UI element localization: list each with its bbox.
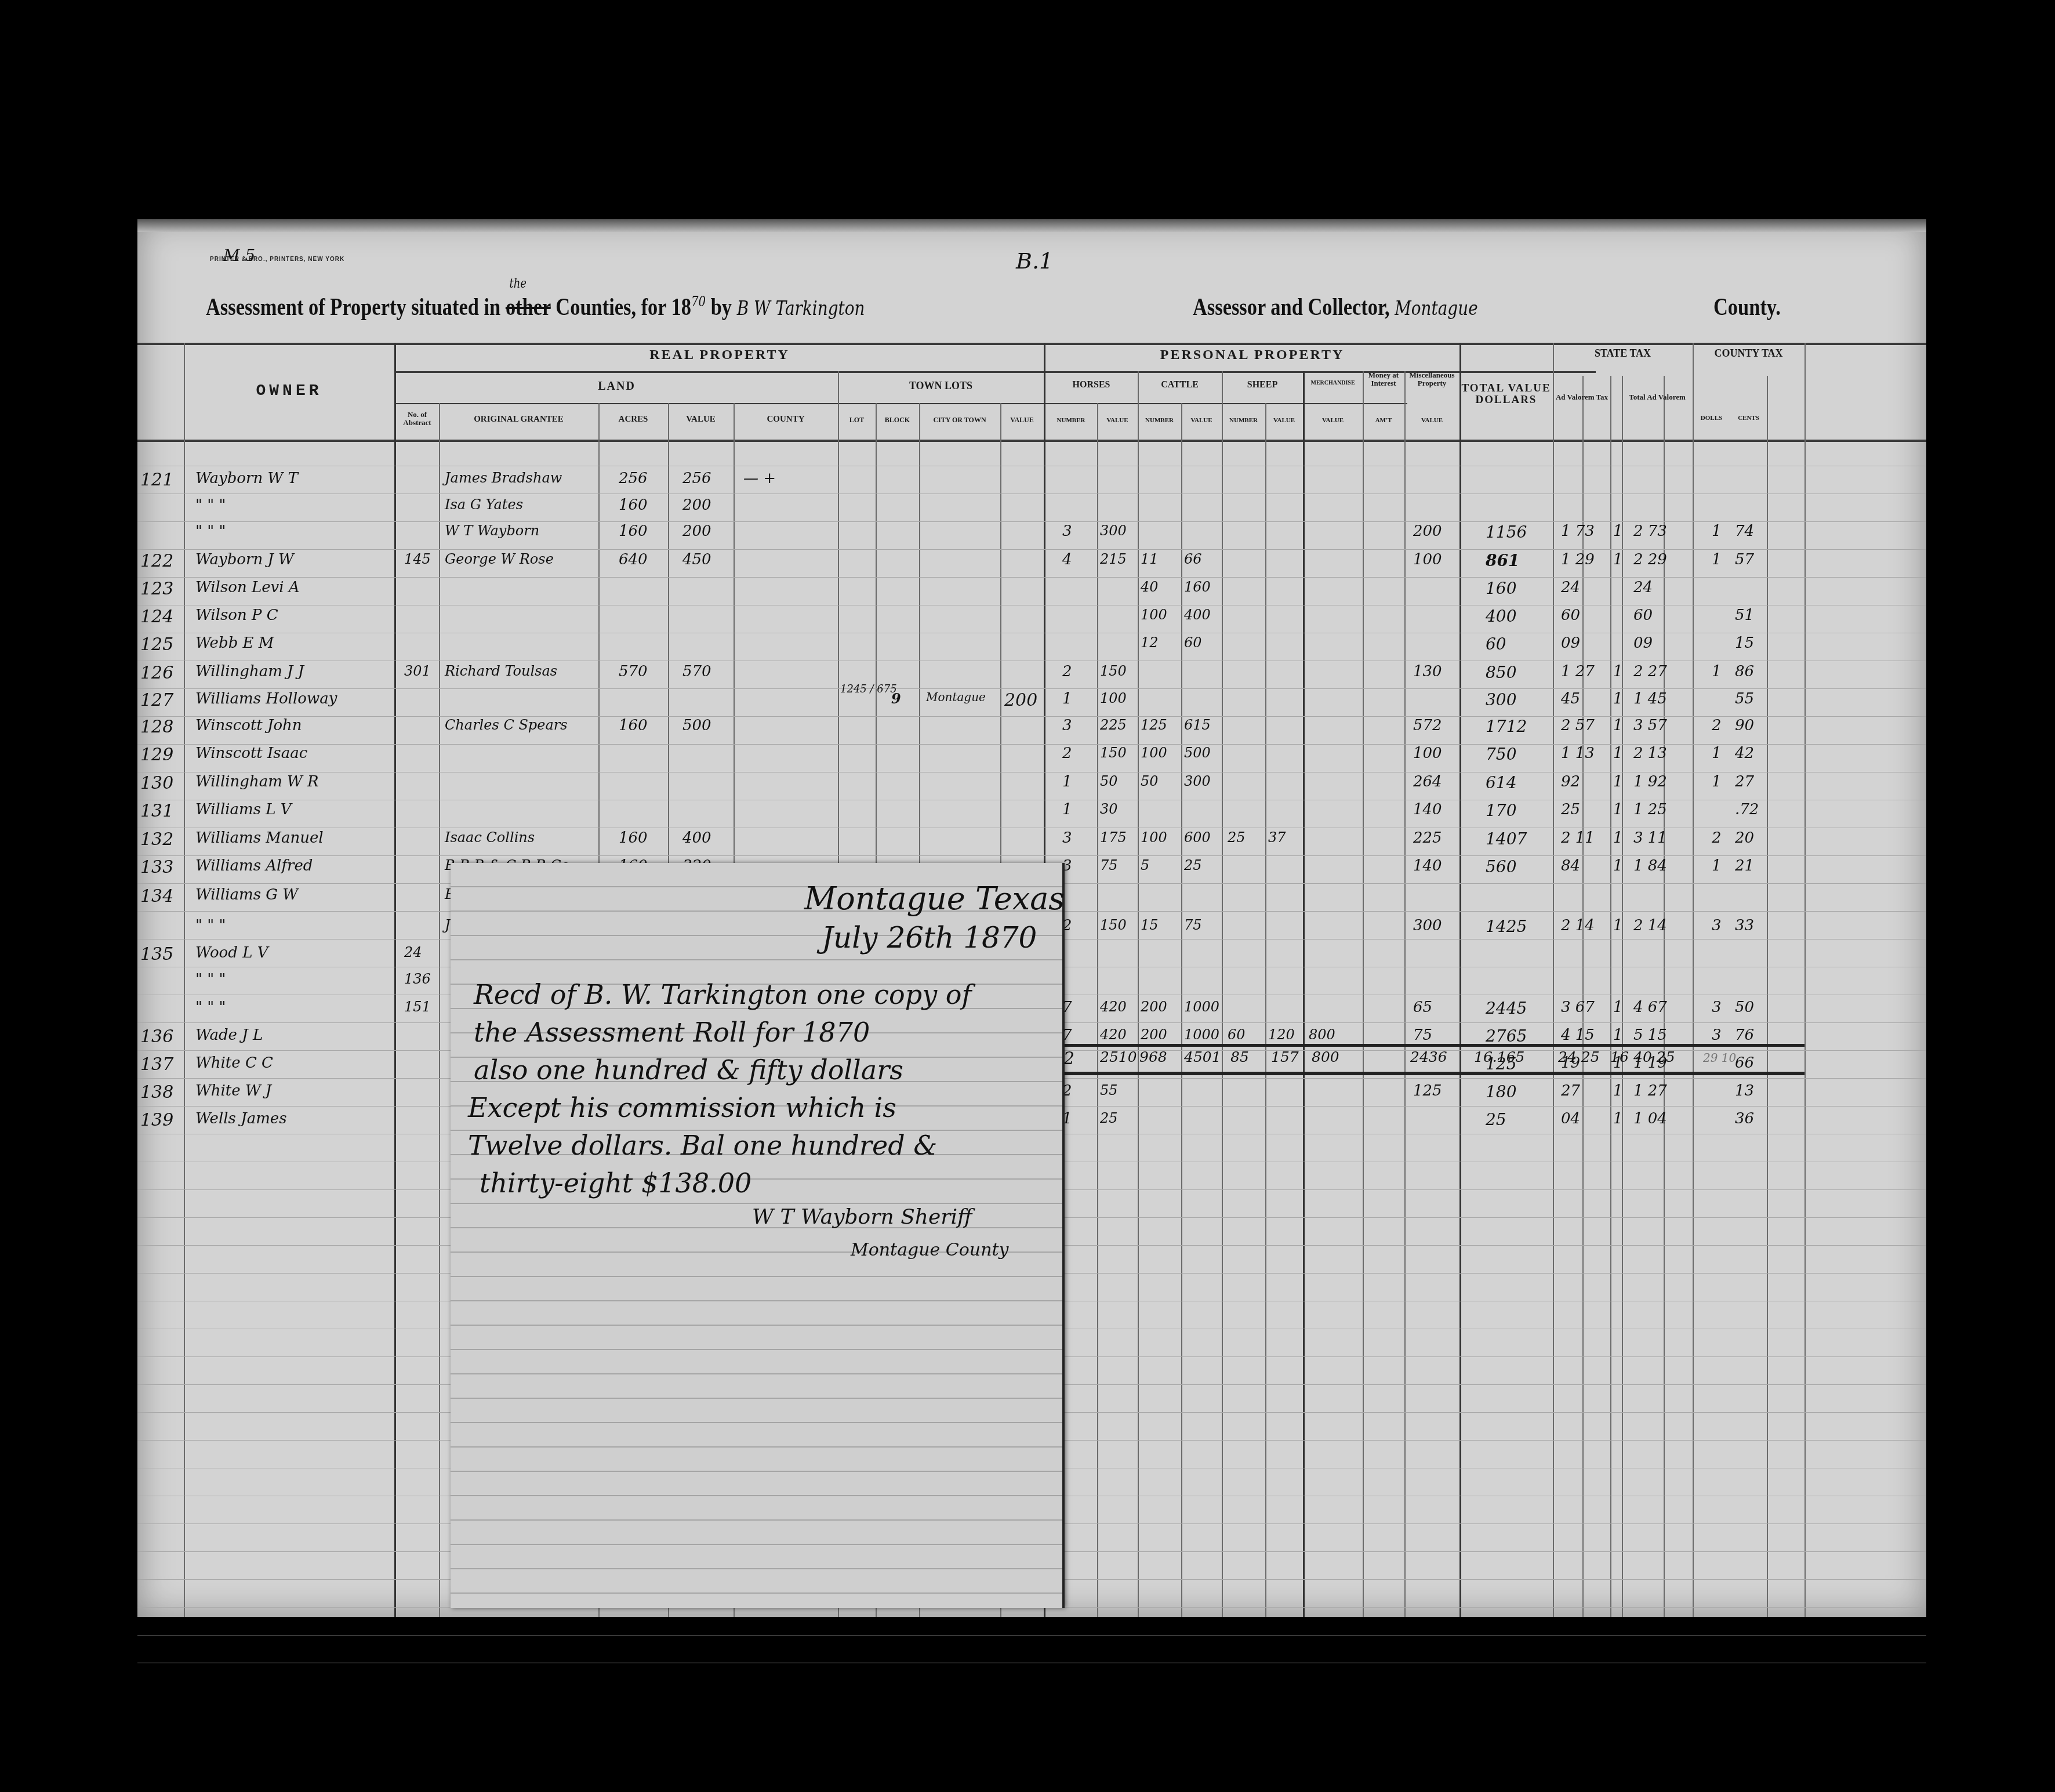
cell-total: 60 xyxy=(1486,634,1506,654)
receipt-signature-county: Montague County xyxy=(851,1240,1009,1260)
cell-value: 200 xyxy=(682,523,711,540)
cell-value: 570 xyxy=(682,663,711,680)
row-rule xyxy=(137,577,1926,578)
cell-c-val: 600 xyxy=(1184,829,1211,846)
cell-adv: 1 27 xyxy=(1561,663,1595,680)
cell-owner: " " " xyxy=(195,999,226,1016)
cell-adv: 1 29 xyxy=(1561,551,1595,568)
row-rule xyxy=(137,800,1926,800)
cell-lot: 1245 / 675 xyxy=(840,683,897,695)
cell-total: 1425 xyxy=(1486,917,1527,936)
cell-h-num: 3 xyxy=(1062,829,1072,847)
cell-cty-d: 1 xyxy=(1712,663,1722,680)
assessor-title: Assessor and Collector, Montague xyxy=(1193,293,1478,321)
cell-value: 200 xyxy=(682,496,711,514)
cell-h-val: 150 xyxy=(1100,917,1127,933)
cell-total: 750 xyxy=(1486,745,1516,764)
cell-grantee: Charles C Spears xyxy=(445,717,568,733)
assessor-name: B W Tarkington xyxy=(737,297,865,320)
corner-mark: M 5 xyxy=(223,246,255,265)
header-no-abstract: No. of Abstract xyxy=(395,411,439,426)
cell-grantee: Isaac Collins xyxy=(445,829,535,846)
cell-merch: 800 xyxy=(1309,1026,1335,1043)
cell-no: 136 xyxy=(140,1026,173,1047)
cell-adv: 24 xyxy=(1561,579,1580,596)
cell-c-val: 300 xyxy=(1184,773,1211,789)
header-county: COUNTY xyxy=(734,415,838,425)
header-lot: LOT xyxy=(838,416,876,424)
cell-total: 1712 xyxy=(1486,717,1527,736)
cell-adv: 45 xyxy=(1561,690,1580,708)
title-struck-word: other xyxy=(506,294,551,321)
row-rule xyxy=(137,772,1926,772)
cell-owner: Willingham J J xyxy=(195,663,304,680)
col-line xyxy=(1138,371,1139,1617)
cell-total: 25 xyxy=(1486,1110,1506,1129)
cell-h-val: 50 xyxy=(1100,773,1118,789)
cell-cty-c: 76 xyxy=(1735,1026,1754,1044)
total-horses-value: 2510 xyxy=(1100,1049,1137,1065)
cell-cty-d: 3 xyxy=(1712,917,1722,934)
col-line xyxy=(1265,403,1266,1617)
cell-h-val: 225 xyxy=(1100,717,1127,733)
cell-h-val: 150 xyxy=(1100,663,1127,679)
cell-poll: 1 xyxy=(1613,745,1623,762)
cell-tot-adv: 1 45 xyxy=(1633,690,1667,708)
cell-c-val: 160 xyxy=(1184,579,1211,595)
cell-c-num: 100 xyxy=(1141,607,1167,623)
cell-h-val: 30 xyxy=(1100,801,1118,817)
cell-value: 500 xyxy=(682,717,711,734)
cell-adv: 4 15 xyxy=(1561,1026,1595,1044)
totals-rule-top xyxy=(1045,1044,1805,1047)
cell-owner: " " " xyxy=(195,523,226,540)
cell-cty-c: 57 xyxy=(1735,551,1754,568)
col-line xyxy=(1404,371,1406,1617)
cell-misc: 140 xyxy=(1413,857,1442,875)
cell-c-val: 500 xyxy=(1184,745,1211,761)
title-by: by xyxy=(711,294,732,321)
cell-no: 139 xyxy=(140,1110,173,1130)
cell-h-val: 55 xyxy=(1100,1082,1118,1098)
header-total-ad-valorem: Total Ad Valorem xyxy=(1622,393,1693,401)
header-block: BLOCK xyxy=(876,416,919,424)
header-cattle-number: NUMBER xyxy=(1138,418,1181,425)
cell-tot-adv: 2 29 xyxy=(1633,551,1667,568)
header-dolls: DOLLS xyxy=(1693,415,1730,422)
receipt-line: thirty-eight $138.00 xyxy=(480,1167,751,1199)
cell-owner: " " " xyxy=(195,496,226,514)
cell-misc: 572 xyxy=(1413,717,1442,734)
header-horses-number: NUMBER xyxy=(1045,418,1097,425)
total-county-tax: 29 10 xyxy=(1703,1051,1736,1065)
cell-tot-adv: 24 xyxy=(1633,579,1653,596)
cell-cty-d: 1 xyxy=(1712,773,1722,790)
col-line xyxy=(394,343,396,1617)
total-sheep-value: 157 xyxy=(1271,1049,1299,1065)
cell-total: 614 xyxy=(1486,773,1516,792)
title-year: 70 xyxy=(691,293,706,310)
cell-poll: 1 xyxy=(1613,801,1623,818)
cell-c-val: 66 xyxy=(1184,551,1202,567)
cell-tot-adv: 1 84 xyxy=(1633,857,1667,875)
cell-adv: 04 xyxy=(1561,1110,1580,1127)
total-value-dollars: 16.165 xyxy=(1474,1049,1524,1065)
col-line xyxy=(439,403,440,1617)
col-line xyxy=(1767,376,1768,1617)
cell-adv: 1 13 xyxy=(1561,745,1595,762)
cell-cty-c: 13 xyxy=(1735,1082,1754,1100)
cell-h-val: 75 xyxy=(1100,857,1118,873)
header-county-tax: COUNTY TAX xyxy=(1693,348,1805,359)
cell-owner: Williams L V xyxy=(195,801,292,818)
cell-tot-adv: 2 27 xyxy=(1633,663,1667,680)
cell-poll: 1 xyxy=(1613,1082,1623,1100)
cell-cty-c: 27 xyxy=(1735,773,1754,790)
cell-c-num: 200 xyxy=(1141,1026,1167,1043)
cell-total: 300 xyxy=(1486,690,1516,709)
cell-tot-adv: 2 13 xyxy=(1633,745,1667,762)
cell-lot-value: 200 xyxy=(1004,690,1037,710)
cell-c-val: 75 xyxy=(1184,917,1202,933)
cell-cty-c: 50 xyxy=(1735,999,1754,1016)
cell-h-num: 4 xyxy=(1062,551,1072,568)
cell-no: 130 xyxy=(140,773,173,793)
cell-owner: Williams Holloway xyxy=(195,690,337,708)
title-text-1: Assessment of Property situated in xyxy=(206,294,500,321)
cell-owner: Willingham W R xyxy=(195,773,319,790)
cell-adv: 3 67 xyxy=(1561,999,1595,1016)
cell-cty-d: 3 xyxy=(1712,1026,1722,1044)
header-merchandise: MERCHANDISE xyxy=(1303,380,1363,387)
cell-no: 131 xyxy=(140,801,173,821)
cell-cty-c: 86 xyxy=(1735,663,1754,680)
cell-c-num: 15 xyxy=(1141,917,1159,933)
header-money-amt: AM'T xyxy=(1363,418,1404,425)
cell-misc: 264 xyxy=(1413,773,1442,790)
cell-owner: White W J xyxy=(195,1082,271,1100)
col-line xyxy=(1222,371,1223,1617)
col-line xyxy=(1363,371,1364,1617)
receipt-signature: W T Wayborn Sheriff xyxy=(752,1205,972,1229)
cell-h-val: 175 xyxy=(1100,829,1127,846)
total-merchandise: 800 xyxy=(1312,1049,1339,1065)
cell-h-val: 150 xyxy=(1100,745,1127,761)
cell-abstract: 136 xyxy=(404,971,431,987)
cell-misc: 125 xyxy=(1413,1082,1442,1100)
title-text-4: County. xyxy=(1713,294,1781,321)
cell-no: 127 xyxy=(140,690,173,710)
col-line xyxy=(1303,371,1305,1617)
personal-property-rule xyxy=(1045,371,1596,373)
cell-no: 121 xyxy=(140,470,173,490)
cell-owner: Wayborn W T xyxy=(195,470,298,487)
title-text-2: Counties, for 18 xyxy=(555,294,691,321)
totals-rule-bottom xyxy=(1045,1072,1805,1075)
cell-s-val: 120 xyxy=(1268,1026,1295,1043)
row-rule xyxy=(137,1663,1926,1663)
cell-c-num: 100 xyxy=(1141,745,1167,761)
col-line xyxy=(1805,343,1806,1617)
cell-value: 256 xyxy=(682,470,711,487)
receipt-date: July 26th 1870 xyxy=(822,921,1037,955)
cell-owner: Williams Manuel xyxy=(195,829,324,847)
header-land-value: VALUE xyxy=(668,415,734,425)
cell-total: 400 xyxy=(1486,607,1516,626)
cell-c-num: 200 xyxy=(1141,999,1167,1015)
cell-owner: White C C xyxy=(195,1054,273,1072)
title-text-3: Assessor and Collector, xyxy=(1193,294,1390,321)
cell-cty-d: 2 xyxy=(1712,829,1722,847)
total-misc: 2436 xyxy=(1410,1049,1447,1065)
cell-s-num: 25 xyxy=(1228,829,1246,846)
cell-tot-adv: 1 92 xyxy=(1633,773,1667,790)
cell-value: 400 xyxy=(682,829,711,847)
title-insert: the xyxy=(509,277,527,291)
cell-total: 160 xyxy=(1486,579,1516,598)
row-rule xyxy=(137,1635,1926,1635)
total-cattle-number: 968 xyxy=(1139,1049,1167,1065)
cell-cty-c: 21 xyxy=(1735,857,1754,875)
form-title: Assessment of Property situated in other… xyxy=(206,293,865,321)
cell-poll: 1 xyxy=(1613,917,1623,934)
cell-tot-adv: 09 xyxy=(1633,634,1653,652)
row-rule xyxy=(137,661,1926,661)
land-rule xyxy=(395,403,1109,404)
cell-owner: Wayborn J W xyxy=(195,551,294,568)
cell-poll: 1 xyxy=(1613,1026,1623,1044)
cell-no: 133 xyxy=(140,857,173,877)
cell-abstract: 151 xyxy=(404,999,431,1015)
cell-s-num: 60 xyxy=(1228,1026,1246,1043)
col-line xyxy=(1693,343,1694,1617)
header-bottom-rule xyxy=(137,440,1926,442)
cell-cty-c: 90 xyxy=(1735,717,1754,734)
cell-c-num: 12 xyxy=(1141,634,1159,651)
page-number: B.1 xyxy=(1016,248,1053,274)
cell-total: 2765 xyxy=(1486,1026,1527,1046)
county-name: Montague xyxy=(1395,297,1477,320)
cell-no: 137 xyxy=(140,1054,173,1075)
cell-c-val: 615 xyxy=(1184,717,1211,733)
receipt-line: also one hundred & fifty dollars xyxy=(474,1054,903,1086)
cell-grantee: James Bradshaw xyxy=(445,470,562,486)
row-rule xyxy=(137,549,1926,550)
cell-acres: 160 xyxy=(619,829,648,847)
cell-tot-adv: 1 25 xyxy=(1633,801,1667,818)
cell-poll: 1 xyxy=(1613,690,1623,708)
cell-acres: 160 xyxy=(619,496,648,514)
header-top-rule xyxy=(137,343,1926,345)
cell-poll: 1 xyxy=(1613,717,1623,734)
cell-total: 861 xyxy=(1486,551,1519,570)
cell-abstract: 301 xyxy=(404,663,431,679)
cell-adv: 60 xyxy=(1561,607,1580,624)
cell-no: 126 xyxy=(140,663,173,683)
total-sheep-number: 85 xyxy=(1230,1049,1249,1065)
cell-h-num: 1 xyxy=(1062,801,1072,818)
cell-adv: 27 xyxy=(1561,1082,1580,1100)
header-sheep-value: VALUE xyxy=(1265,418,1303,425)
cell-cty-c: .72 xyxy=(1735,801,1759,818)
cell-adv: 92 xyxy=(1561,773,1580,790)
cell-grantee: George W Rose xyxy=(445,551,554,567)
header-original-grantee: ORIGINAL GRANTEE xyxy=(439,415,598,425)
header-state-tax: STATE TAX xyxy=(1553,348,1693,359)
cell-no: 135 xyxy=(140,944,173,964)
cell-tot-adv: 60 xyxy=(1633,607,1653,624)
cell-c-num: 11 xyxy=(1141,551,1159,567)
cell-adv: 2 11 xyxy=(1561,829,1595,847)
cell-acres: 570 xyxy=(619,663,648,680)
header-cents: CENTS xyxy=(1730,415,1767,422)
cell-acres: 256 xyxy=(619,470,648,487)
cell-total: 2445 xyxy=(1486,999,1527,1018)
cell-no: 138 xyxy=(140,1082,173,1102)
cell-c-val: 60 xyxy=(1184,634,1202,651)
cell-misc: 75 xyxy=(1413,1026,1432,1044)
row-rule xyxy=(137,521,1926,522)
cell-county: — + xyxy=(743,470,776,487)
cell-tot-adv: 5 15 xyxy=(1633,1026,1667,1044)
cell-misc: 140 xyxy=(1413,801,1442,818)
cell-cty-c: 66 xyxy=(1735,1054,1754,1072)
cell-town: Montague xyxy=(926,690,986,704)
cell-c-num: 125 xyxy=(1141,717,1167,733)
total-poll: 16 xyxy=(1610,1049,1629,1065)
col-line xyxy=(1553,343,1554,1617)
header-cattle: CATTLE xyxy=(1138,380,1222,390)
cell-cty-d: 1 xyxy=(1712,523,1722,540)
cell-h-val: 215 xyxy=(1100,551,1127,567)
cell-c-num: 50 xyxy=(1141,773,1159,789)
cell-adv: 25 xyxy=(1561,801,1580,818)
cell-misc: 100 xyxy=(1413,745,1442,762)
cell-misc: 65 xyxy=(1413,999,1432,1016)
cell-no: 128 xyxy=(140,717,173,737)
col-line xyxy=(1097,403,1098,1617)
header-sheep-number: NUMBER xyxy=(1222,418,1265,425)
cell-adv: 09 xyxy=(1561,634,1580,652)
cell-h-num: 2 xyxy=(1062,745,1072,762)
cell-c-num: 100 xyxy=(1141,829,1167,846)
row-rule xyxy=(137,855,1926,856)
header-ad-valorem-tax: Ad Valorem Tax xyxy=(1553,393,1611,401)
cell-acres: 640 xyxy=(619,551,648,568)
cell-grantee: Isa G Yates xyxy=(445,496,523,513)
header-real-property: REAL PROPERTY xyxy=(395,348,1044,362)
cell-cty-d: 1 xyxy=(1712,857,1722,875)
row-rule xyxy=(137,688,1926,689)
cell-owner: Williams G W xyxy=(195,886,298,904)
cell-s-val: 37 xyxy=(1268,829,1286,846)
header-town-lots: TOWN LOTS xyxy=(838,380,1044,391)
cell-total: 180 xyxy=(1486,1082,1516,1101)
cell-misc: 300 xyxy=(1413,917,1442,934)
cell-c-val: 400 xyxy=(1184,607,1211,623)
cell-adv: 84 xyxy=(1561,857,1580,875)
row-rule xyxy=(137,494,1926,494)
cell-owner: Wells James xyxy=(195,1110,287,1127)
col-line xyxy=(184,343,185,1617)
cell-cty-d: 3 xyxy=(1712,999,1722,1016)
cell-h-val: 300 xyxy=(1100,523,1127,539)
total-ad-valorem-tax: 24 25 xyxy=(1558,1049,1600,1065)
assessment-page: PRINTER & BRO., PRINTERS, NEW YORK M 5 B… xyxy=(137,219,1926,1617)
cell-owner: Wood L V xyxy=(195,944,268,962)
receipt-line: Twelve dollars. Bal one hundred & xyxy=(468,1130,937,1161)
cell-c-val: 25 xyxy=(1184,857,1202,873)
cell-h-val: 420 xyxy=(1100,999,1127,1015)
cell-tot-adv: 3 11 xyxy=(1633,829,1667,847)
cell-cty-d: 1 xyxy=(1712,551,1722,568)
cell-no: 129 xyxy=(140,745,173,765)
cell-h-num: 1 xyxy=(1062,690,1072,708)
receipt-place: Montague Texas xyxy=(804,880,1065,917)
header-horses-value: VALUE xyxy=(1097,418,1138,425)
col-line xyxy=(1459,343,1461,1617)
header-land: LAND xyxy=(395,380,838,393)
cell-acres: 160 xyxy=(619,717,648,734)
header-sheep: SHEEP xyxy=(1222,380,1303,390)
cell-no: 134 xyxy=(140,886,173,906)
total-cattle-value: 4501 xyxy=(1184,1049,1221,1065)
cell-h-val: 100 xyxy=(1100,690,1127,706)
cell-poll: 1 xyxy=(1613,999,1623,1016)
receipt-line: the Assessment Roll for 1870 xyxy=(474,1017,870,1048)
cell-cty-c: 55 xyxy=(1735,690,1754,708)
page-top-edge xyxy=(137,219,1926,232)
row-rule xyxy=(137,828,1926,828)
attached-receipt: Montague Texas July 26th 1870 Recd of B.… xyxy=(451,863,1065,1608)
cell-grantee: W T Wayborn xyxy=(445,523,539,539)
cell-tot-adv: 2 73 xyxy=(1633,523,1667,540)
cell-poll: 1 xyxy=(1613,523,1623,540)
cell-owner: Wilson P C xyxy=(195,607,278,624)
cell-owner: " " " xyxy=(195,971,226,988)
cell-owner: " " " xyxy=(195,917,226,934)
cell-total: 170 xyxy=(1486,801,1516,820)
cell-misc: 100 xyxy=(1413,551,1442,568)
cell-cty-c: 42 xyxy=(1735,745,1754,762)
receipt-line: Except his commission which is xyxy=(468,1092,896,1123)
cell-total: 1156 xyxy=(1486,523,1527,542)
cell-tot-adv: 1 27 xyxy=(1633,1082,1667,1100)
cell-abstract: 24 xyxy=(404,944,422,960)
cell-no: 123 xyxy=(140,579,173,599)
cell-block: 9 xyxy=(891,690,901,707)
cell-poll: 1 xyxy=(1613,829,1623,847)
cell-owner: Williams Alfred xyxy=(195,857,313,875)
cell-c-num: 5 xyxy=(1141,857,1149,873)
cell-poll: 1 xyxy=(1613,857,1623,875)
header-misc-property: Miscellaneous Property xyxy=(1404,371,1459,387)
cell-no: 132 xyxy=(140,829,173,850)
cell-c-num: 40 xyxy=(1141,579,1159,595)
header-total-value: TOTAL VALUE DOLLARS xyxy=(1459,383,1553,406)
cell-adv: 2 14 xyxy=(1561,917,1595,934)
cell-h-num: 3 xyxy=(1062,717,1072,734)
cell-h-num: 1 xyxy=(1062,773,1072,790)
cell-total: 560 xyxy=(1486,857,1516,876)
cell-owner: Winscott Isaac xyxy=(195,745,307,762)
cell-misc: 200 xyxy=(1413,523,1442,540)
cell-no: 125 xyxy=(140,634,173,655)
county-label: County. xyxy=(1713,293,1781,321)
cell-cty-d: 1 xyxy=(1712,745,1722,762)
cell-owner: Wilson Levi A xyxy=(195,579,300,596)
cell-c-val: 1000 xyxy=(1184,999,1219,1015)
